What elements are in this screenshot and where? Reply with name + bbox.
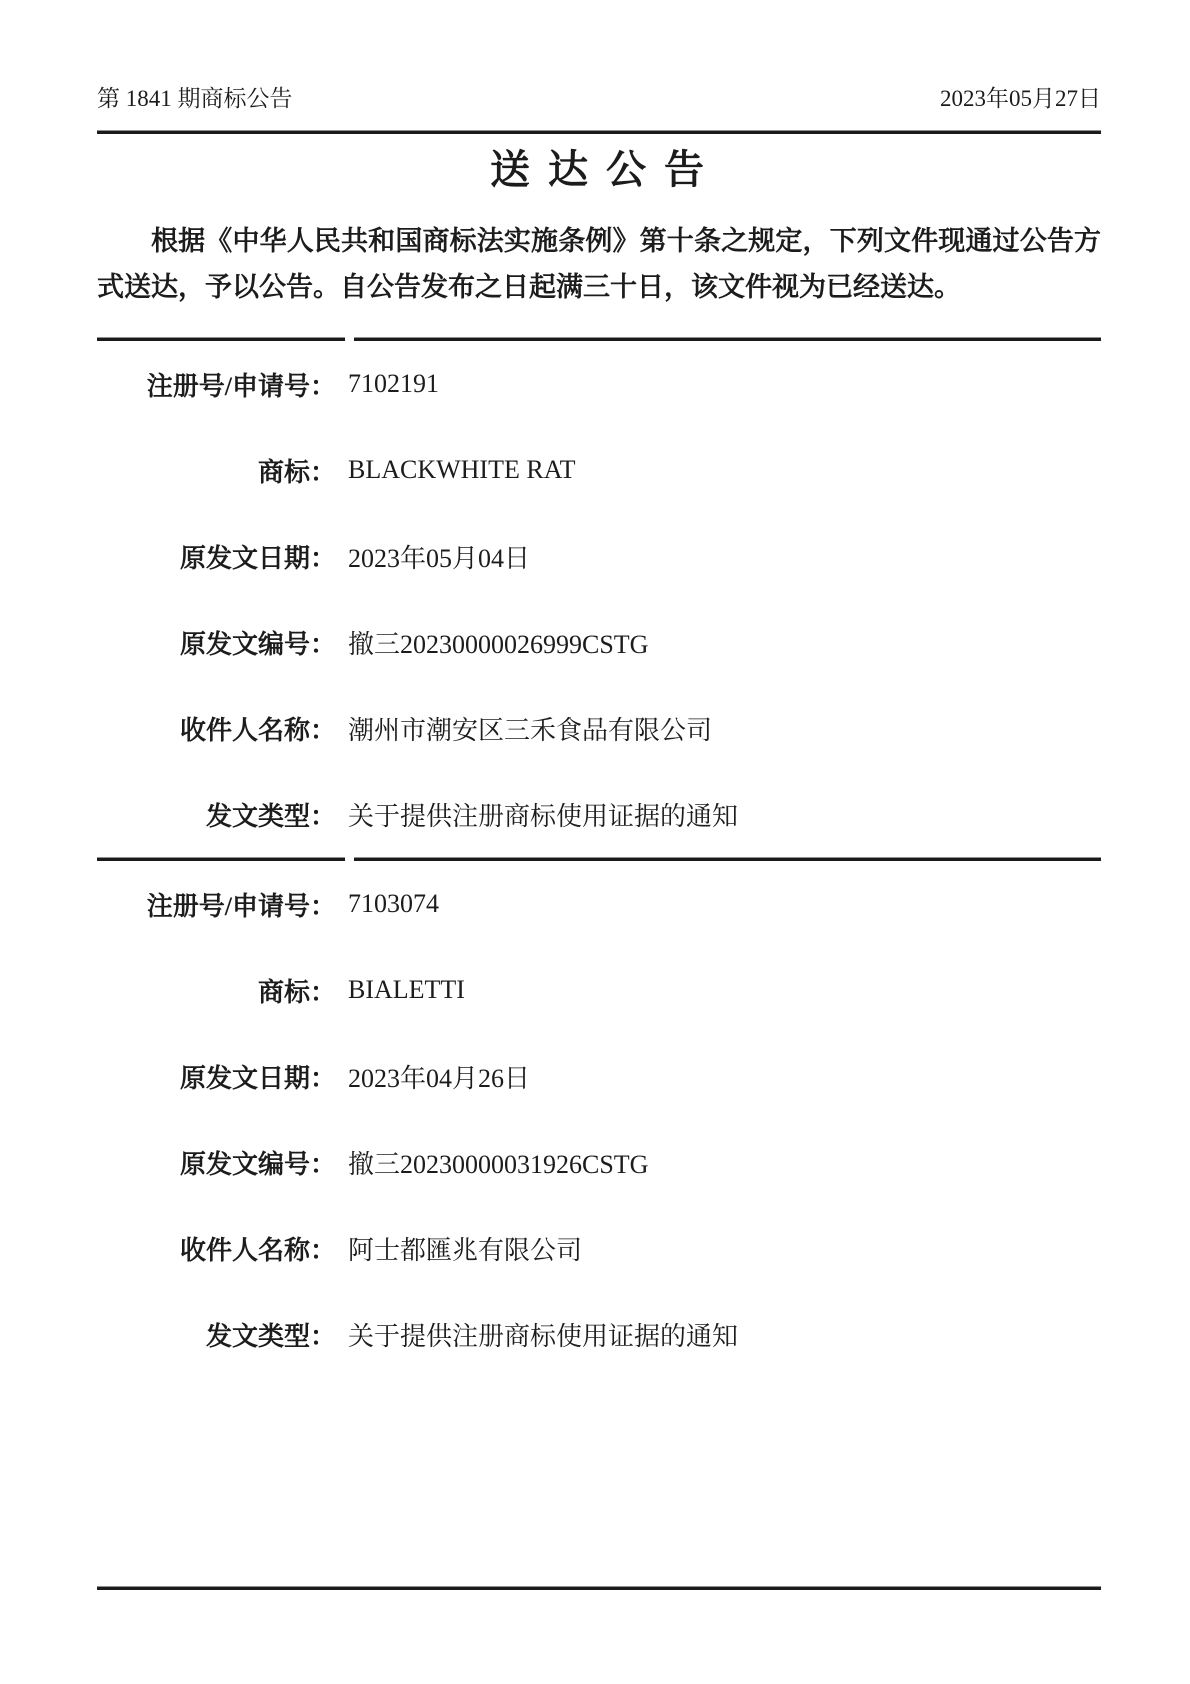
page-header: 第 1841 期商标公告 2023年05月27日: [97, 86, 1101, 112]
field-row: 注册号/申请号： 7102191: [97, 341, 1101, 427]
field-value: 7103074: [348, 889, 1101, 919]
field-row: 发文类型： 关于提供注册商标使用证据的通知: [97, 1291, 1101, 1377]
field-label: 原发文日期：: [97, 1058, 348, 1095]
field-row: 发文类型： 关于提供注册商标使用证据的通知: [97, 771, 1101, 857]
field-value: 2023年04月26日: [348, 1058, 1101, 1095]
header-divider: [97, 130, 1101, 134]
field-label: 注册号/申请号：: [97, 366, 348, 403]
footer-divider: [97, 1586, 1101, 1590]
field-label: 收件人名称：: [97, 1230, 348, 1267]
field-value: 关于提供注册商标使用证据的通知: [348, 1316, 1101, 1353]
field-value: 2023年05月04日: [348, 538, 1101, 575]
page-content: 第 1841 期商标公告 2023年05月27日 送 达 公 告 根据《中华人民…: [97, 0, 1101, 1377]
field-label: 发文类型：: [97, 796, 348, 833]
field-row: 商标： BIALETTI: [97, 947, 1101, 1033]
notice-record: 注册号/申请号： 7102191 商标： BLACKWHITE RAT 原发文日…: [97, 337, 1101, 857]
record-divider: [97, 857, 1101, 861]
field-row: 注册号/申请号： 7103074: [97, 861, 1101, 947]
page-title: 送 达 公 告: [97, 146, 1101, 194]
field-value: BIALETTI: [348, 975, 1101, 1005]
field-row: 原发文编号： 撤三20230000031926CSTG: [97, 1119, 1101, 1205]
records-list: 注册号/申请号： 7102191 商标： BLACKWHITE RAT 原发文日…: [97, 337, 1101, 1377]
field-row: 原发文日期： 2023年04月26日: [97, 1033, 1101, 1119]
field-label: 注册号/申请号：: [97, 886, 348, 923]
gazette-date: 2023年05月27日: [940, 86, 1101, 112]
field-row: 原发文日期： 2023年05月04日: [97, 513, 1101, 599]
field-value: 撤三20230000031926CSTG: [348, 1144, 1101, 1181]
field-value: 撤三20230000026999CSTG: [348, 624, 1101, 661]
field-row: 收件人名称： 潮州市潮安区三禾食品有限公司: [97, 685, 1101, 771]
notice-record: 注册号/申请号： 7103074 商标： BIALETTI 原发文日期： 202…: [97, 857, 1101, 1377]
field-label: 原发文编号：: [97, 624, 348, 661]
gazette-issue-label: 第 1841 期商标公告: [97, 86, 293, 112]
field-label: 原发文日期：: [97, 538, 348, 575]
field-value: 7102191: [348, 369, 1101, 399]
field-value: 关于提供注册商标使用证据的通知: [348, 796, 1101, 833]
field-row: 原发文编号： 撤三20230000026999CSTG: [97, 599, 1101, 685]
field-label: 原发文编号：: [97, 1144, 348, 1181]
field-value: 阿士都匯兆有限公司: [348, 1230, 1101, 1267]
field-label: 发文类型：: [97, 1316, 348, 1353]
field-label: 商标：: [97, 972, 348, 1009]
field-row: 商标： BLACKWHITE RAT: [97, 427, 1101, 513]
field-label: 商标：: [97, 452, 348, 489]
intro-paragraph: 根据《中华人民共和国商标法实施条例》第十条之规定，下列文件现通过公告方式送达，予…: [97, 218, 1101, 310]
record-divider: [97, 337, 1101, 341]
field-value: BLACKWHITE RAT: [348, 455, 1101, 485]
field-row: 收件人名称： 阿士都匯兆有限公司: [97, 1205, 1101, 1291]
field-value: 潮州市潮安区三禾食品有限公司: [348, 710, 1101, 747]
field-label: 收件人名称：: [97, 710, 348, 747]
